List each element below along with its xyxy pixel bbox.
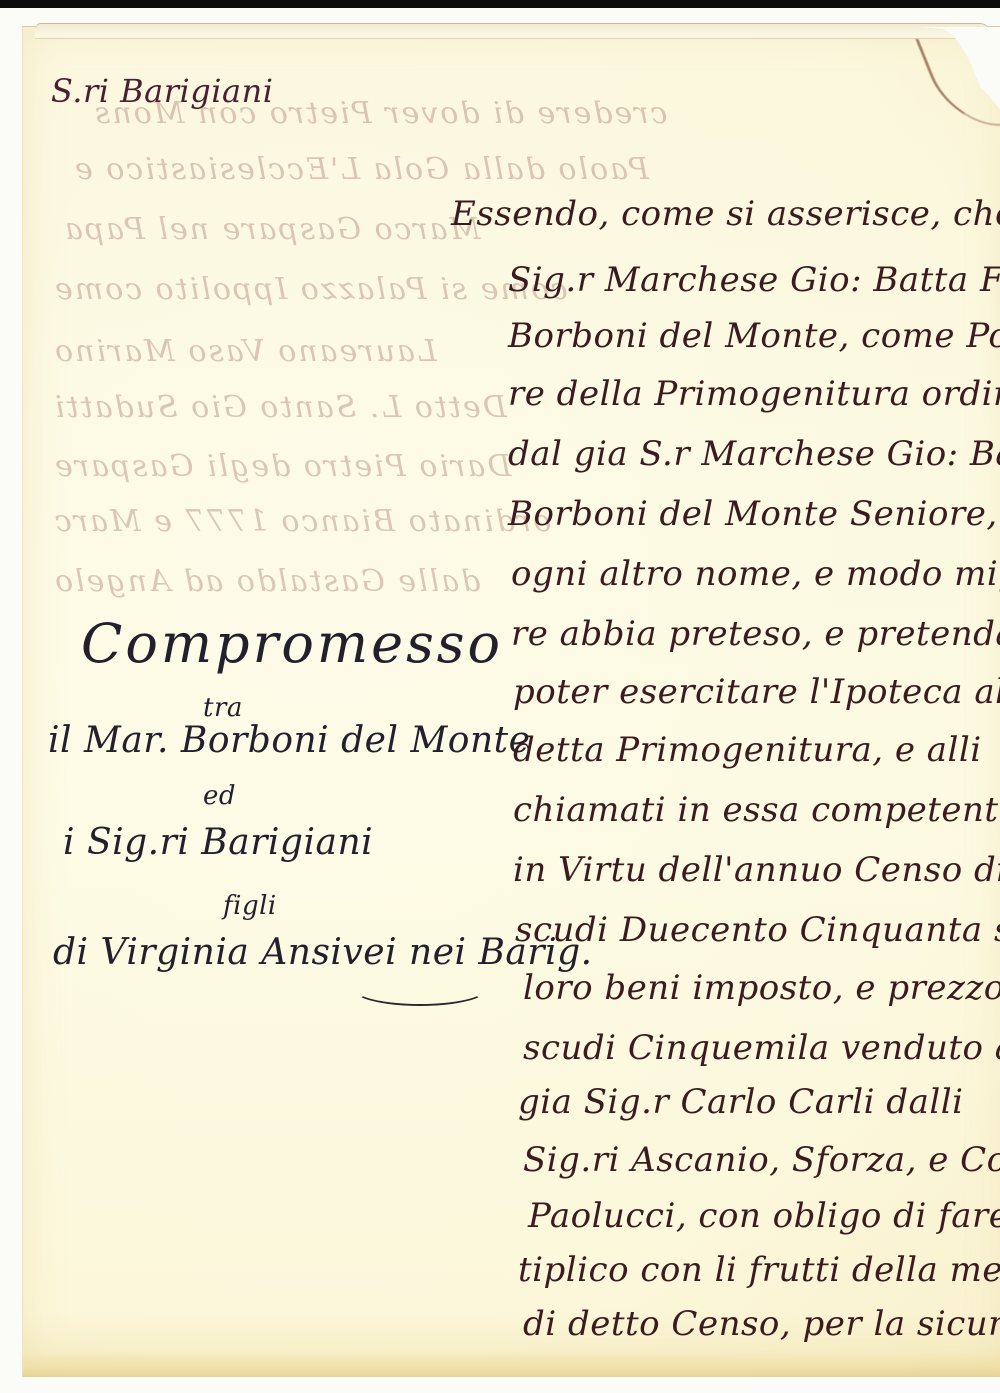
header-note: S.ri Barigiani <box>51 75 273 107</box>
body-line: chiamati in essa competente <box>513 793 1000 827</box>
party-two: i Sig.ri Barigiani <box>63 825 373 861</box>
body-line: re abbia preteso, e pretenda di <box>511 617 1000 651</box>
paper-bottom-stain <box>23 1351 1000 1377</box>
bleed-through-line: Detto L. Santo Gio Sudatti <box>53 393 507 423</box>
body-line: Essendo, come si asserisce, che l'Illmo <box>451 197 1000 231</box>
body-line: tiplico con li frutti della meta <box>518 1253 1000 1287</box>
body-line: di detto Censo, per la sicurezza <box>523 1307 1000 1341</box>
body-line: loro beni imposto, e prezzo di <box>523 971 1000 1005</box>
scanner-top-border <box>0 0 1000 8</box>
title-connector-ed: ed <box>203 783 236 809</box>
title-connector-figli: figli <box>223 893 277 919</box>
body-line: Sig.r Marchese Gio: Batta Franco <box>508 263 1000 297</box>
title-underline-flourish <box>353 972 487 1006</box>
scan-canvas: credere di dover Pietro con Mons Paolo d… <box>0 0 1000 1393</box>
bleed-through-line: Paolo dalla Gola L'Ecclesiastico e <box>73 155 649 185</box>
paper-top-fold-edge <box>35 23 990 39</box>
bleed-through-line: come si Palazzo Ippolito come <box>53 275 568 305</box>
bleed-through-line: Marco Gaspare nel Papa <box>63 215 480 245</box>
body-line: re della Primogenitura ordinata <box>508 377 1000 411</box>
body-line: gia Sig.r Carlo Carli dalli <box>518 1085 963 1119</box>
burn-mark <box>915 39 1000 126</box>
body-line: detta Primogenitura, e alli <box>513 733 982 767</box>
body-line: poter esercitare l'Ipoteca alla <box>513 675 1000 709</box>
body-line: Borboni del Monte Seniore, ed in <box>508 497 1000 531</box>
manuscript-page: credere di dover Pietro con Mons Paolo d… <box>22 26 1000 1377</box>
bleed-through-line: ordinato Bianco 1777 e Marc <box>53 507 551 537</box>
bleed-through-line: Laureano Vaso Marino <box>53 337 437 367</box>
body-line: scudi Cinquemila venduto al <box>523 1031 1000 1065</box>
body-line: ogni altro nome, e modo miglio <box>511 557 1000 591</box>
body-line: in Virtu dell'annuo Censo di <box>513 853 1000 887</box>
bleed-through-line: Dario Pietro degli Gaspare <box>53 452 511 482</box>
title-connector-tra: tra <box>203 695 243 721</box>
body-line: Sig.ri Ascanio, Sforza, e Costanzo <box>523 1143 1000 1177</box>
body-line: scudi Duecento Cinquanta sopra <box>515 913 1000 947</box>
bleed-through-line: dalle Gastaldo ad Angelo <box>53 567 480 597</box>
body-line: Paolucci, con obligo di fare mol <box>528 1199 1000 1233</box>
party-two-detail: di Virginia Ansivei nei Barig. <box>53 935 593 971</box>
document-title: Compromesso <box>81 617 503 671</box>
body-line: dal gia S.r Marchese Gio: Batta <box>508 437 1000 471</box>
party-one: il Mar. Borboni del Monte <box>48 723 530 759</box>
body-line: Borboni del Monte, come Possesso <box>508 319 1000 353</box>
